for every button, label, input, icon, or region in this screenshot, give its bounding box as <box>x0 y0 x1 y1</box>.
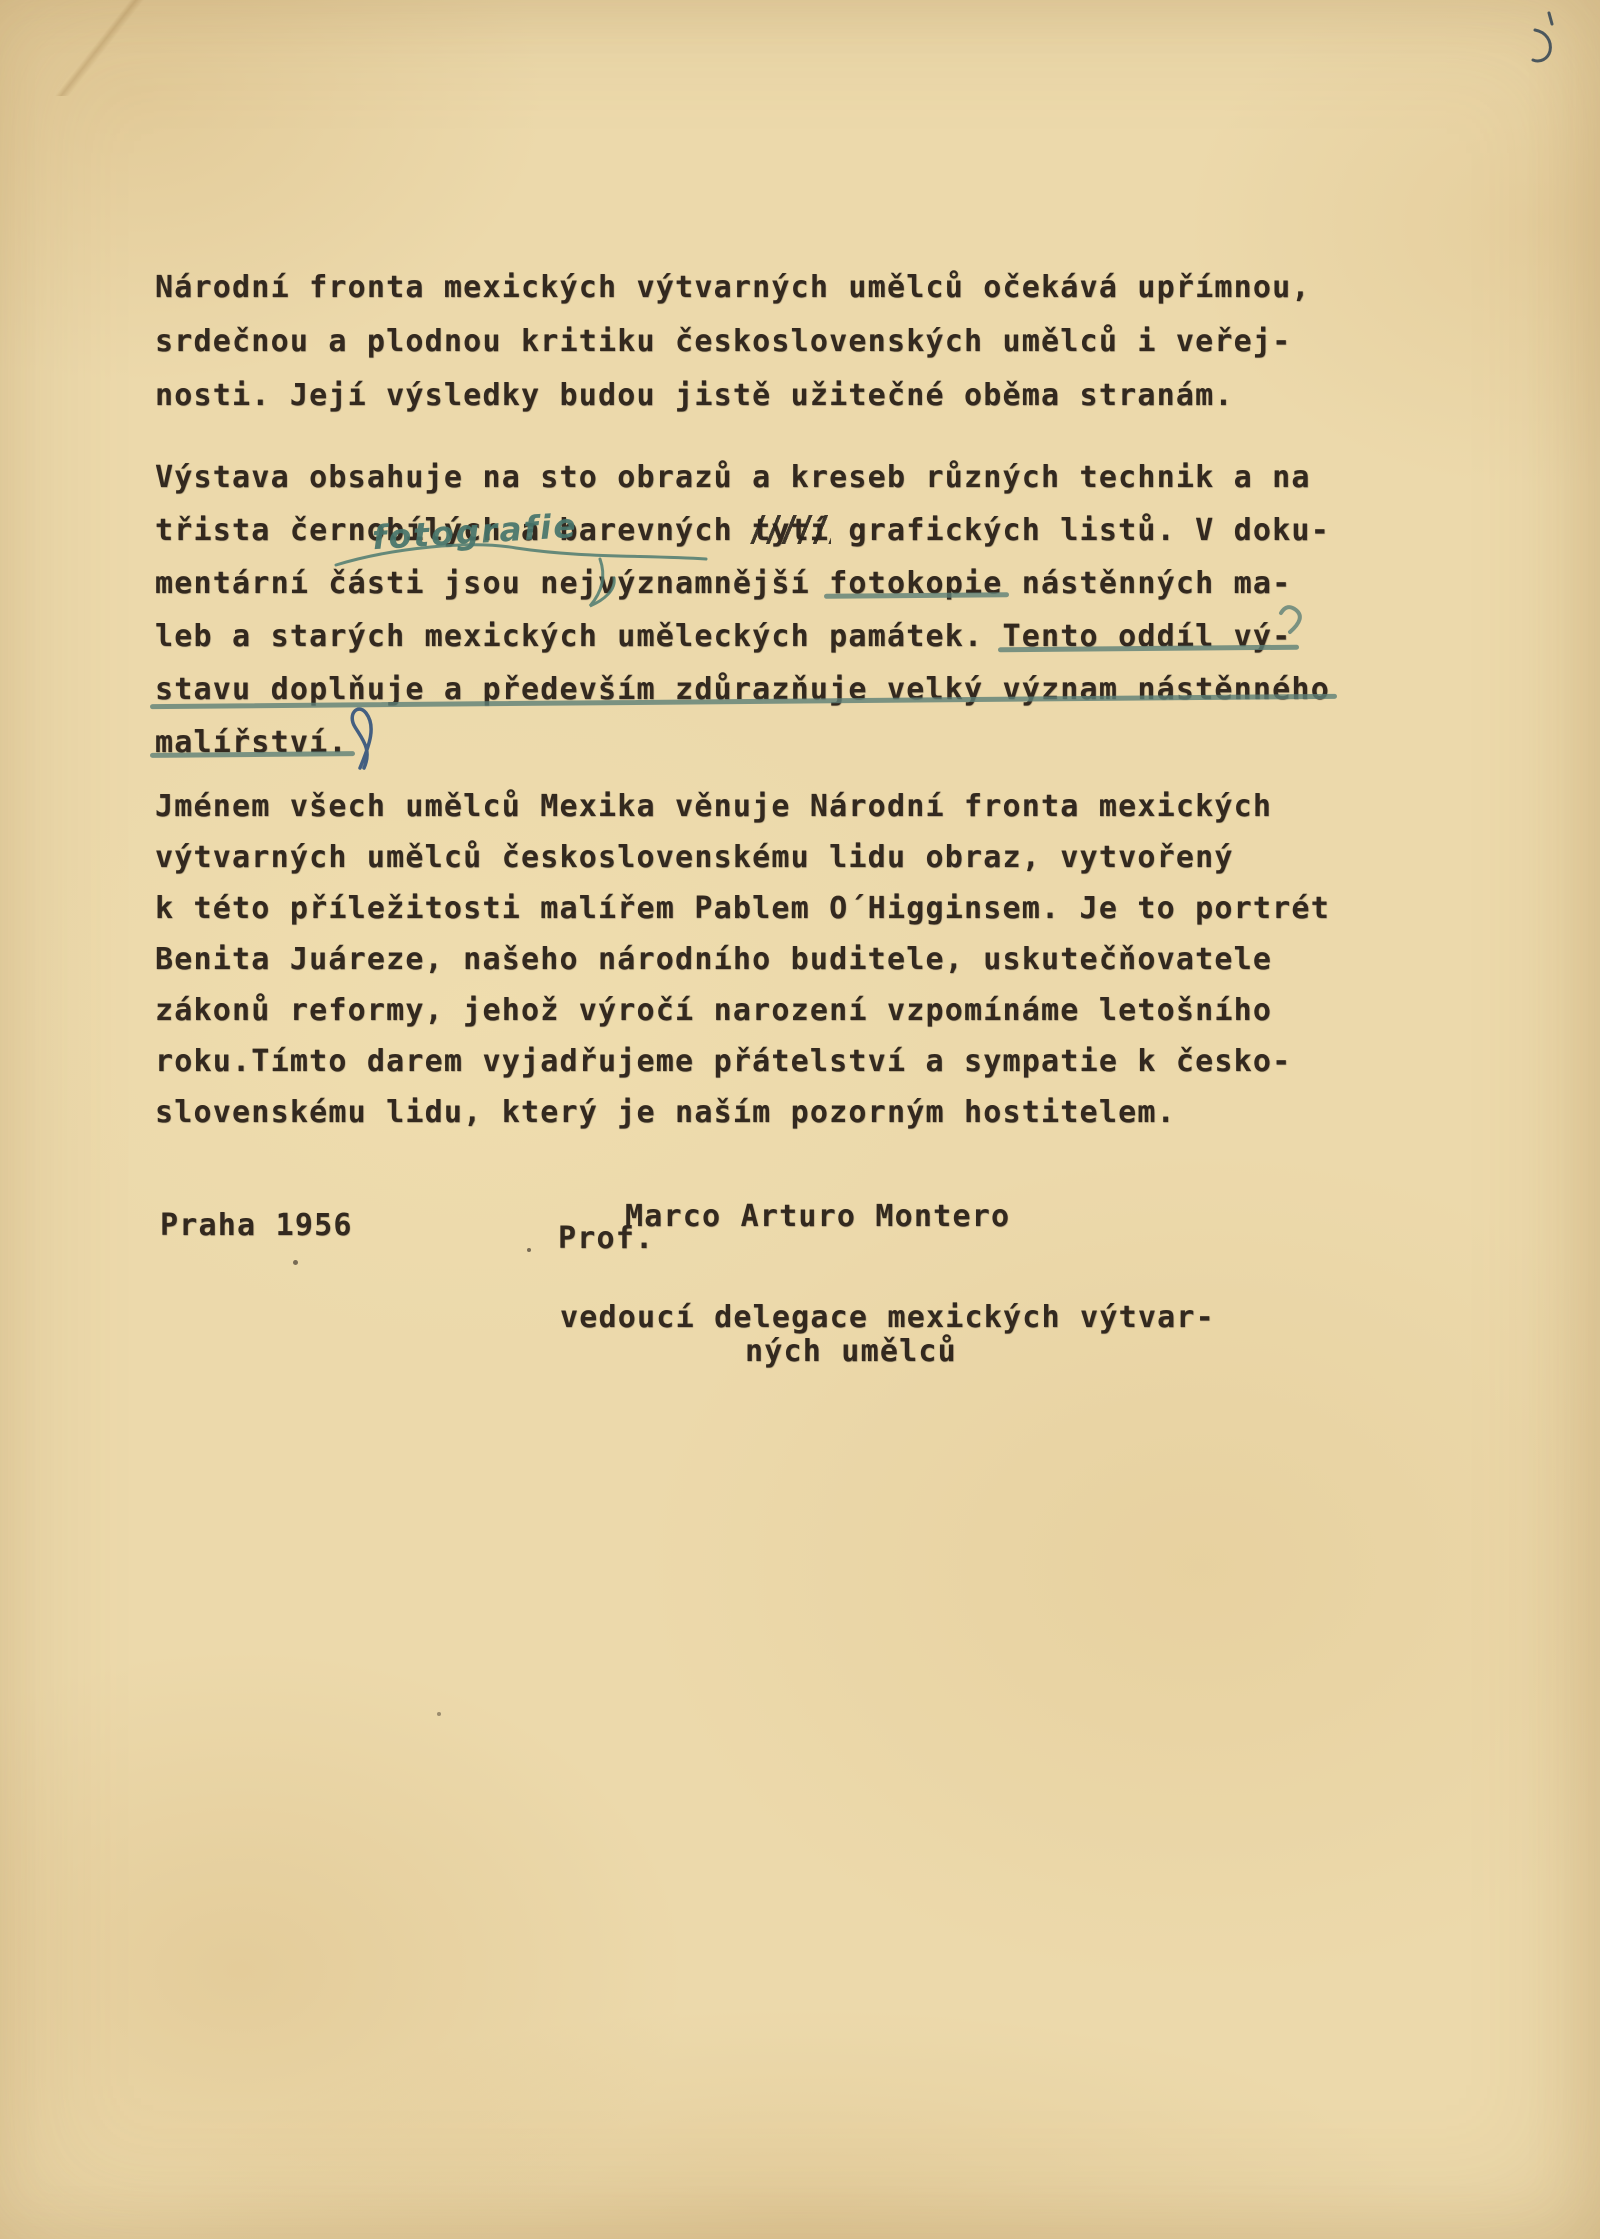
typed-text: mentární části jsou nejvýznamnější <box>155 566 829 601</box>
text-line: výtvarných umělců československému lidu … <box>155 832 1330 883</box>
text-line: zákonů reformy, jehož výročí narození vz… <box>155 985 1330 1036</box>
typed-text: srdečnou a plodnou kritiku československ… <box>155 324 1291 359</box>
ink-speck <box>527 1248 531 1252</box>
typed-text: výtvarných umělců československému lidu … <box>155 840 1234 875</box>
paper-crease <box>46 0 166 96</box>
paragraph: Jménem všech umělců Mexika věnuje Národn… <box>155 781 1330 1138</box>
struck-text: fotokopie <box>829 566 1002 601</box>
struck-text: malířství. <box>155 725 348 760</box>
text-line: stavu doplňuje a především zdůrazňuje ve… <box>155 663 1330 716</box>
struck-text: stavu doplňuje a především zdůrazňuje ve… <box>155 672 1330 707</box>
struck-text: Tento oddíl vý- <box>1003 619 1292 654</box>
text-line: k této příležitosti malířem Pablem O´Hig… <box>155 883 1330 934</box>
signatory-role-line2: ných umělců <box>745 1325 957 1378</box>
text-line: Výstava obsahuje na sto obrazů a kreseb … <box>155 451 1330 504</box>
text-line: Benita Juáreze, našeho národního buditel… <box>155 934 1330 985</box>
typed-text: leb a starých mexických uměleckých památ… <box>155 619 1003 654</box>
text-line: třista černobílých a barevných tytí graf… <box>155 504 1330 557</box>
text-line: roku.Tímto darem vyjadřujeme přátelství … <box>155 1036 1330 1087</box>
text-line: leb a starých mexických uměleckých památ… <box>155 610 1330 663</box>
text-line: mentární části jsou nejvýznamnější fotok… <box>155 557 1330 610</box>
typed-text: zákonů reformy, jehož výročí narození vz… <box>155 993 1272 1028</box>
text-line: nosti. Její výsledky budou jistě užitečn… <box>155 369 1311 423</box>
paragraph: Výstava obsahuje na sto obrazů a kreseb … <box>155 451 1330 769</box>
typed-text: k této příležitosti malířem Pablem O´Hig… <box>155 891 1330 926</box>
paragraph: Národní fronta mexických výtvarných uměl… <box>155 261 1311 423</box>
text-line: srdečnou a plodnou kritiku československ… <box>155 315 1311 369</box>
typed-text: Výstava obsahuje na sto obrazů a kreseb … <box>155 460 1311 495</box>
typed-text: Národní fronta mexických výtvarných uměl… <box>155 270 1311 305</box>
ink-speck <box>293 1260 298 1265</box>
typed-text: slovenskému lidu, který je naším pozorný… <box>155 1095 1176 1130</box>
typed-text: nosti. Její výsledky budou jistě užitečn… <box>155 378 1234 413</box>
ink-speck <box>437 1712 441 1716</box>
text-line: Národní fronta mexických výtvarných uměl… <box>155 261 1311 315</box>
corner-pen-mark <box>1533 13 1552 61</box>
text-line: slovenskému lidu, který je naším pozorný… <box>155 1087 1330 1138</box>
text-line: Jménem všech umělců Mexika věnuje Národn… <box>155 781 1330 832</box>
place-date: Praha 1956 <box>160 1199 353 1252</box>
typed-text: roku.Tímto darem vyjadřujeme přátelství … <box>155 1044 1291 1079</box>
typed-over-text: tytí <box>752 513 829 548</box>
typed-text: Jménem všech umělců Mexika věnuje Národn… <box>155 789 1272 824</box>
typed-text: grafických listů. V doku- <box>829 513 1330 548</box>
typed-text: nástěnných ma- <box>1003 566 1292 601</box>
document-page: Národní fronta mexických výtvarných uměl… <box>0 0 1600 2239</box>
text-line: malířství. <box>155 716 1330 769</box>
typed-text: Benita Juáreze, našeho národního buditel… <box>155 942 1272 977</box>
signatory-name: Marco Arturo Montero <box>625 1190 1010 1243</box>
signatory-title: Prof. <box>558 1212 654 1265</box>
